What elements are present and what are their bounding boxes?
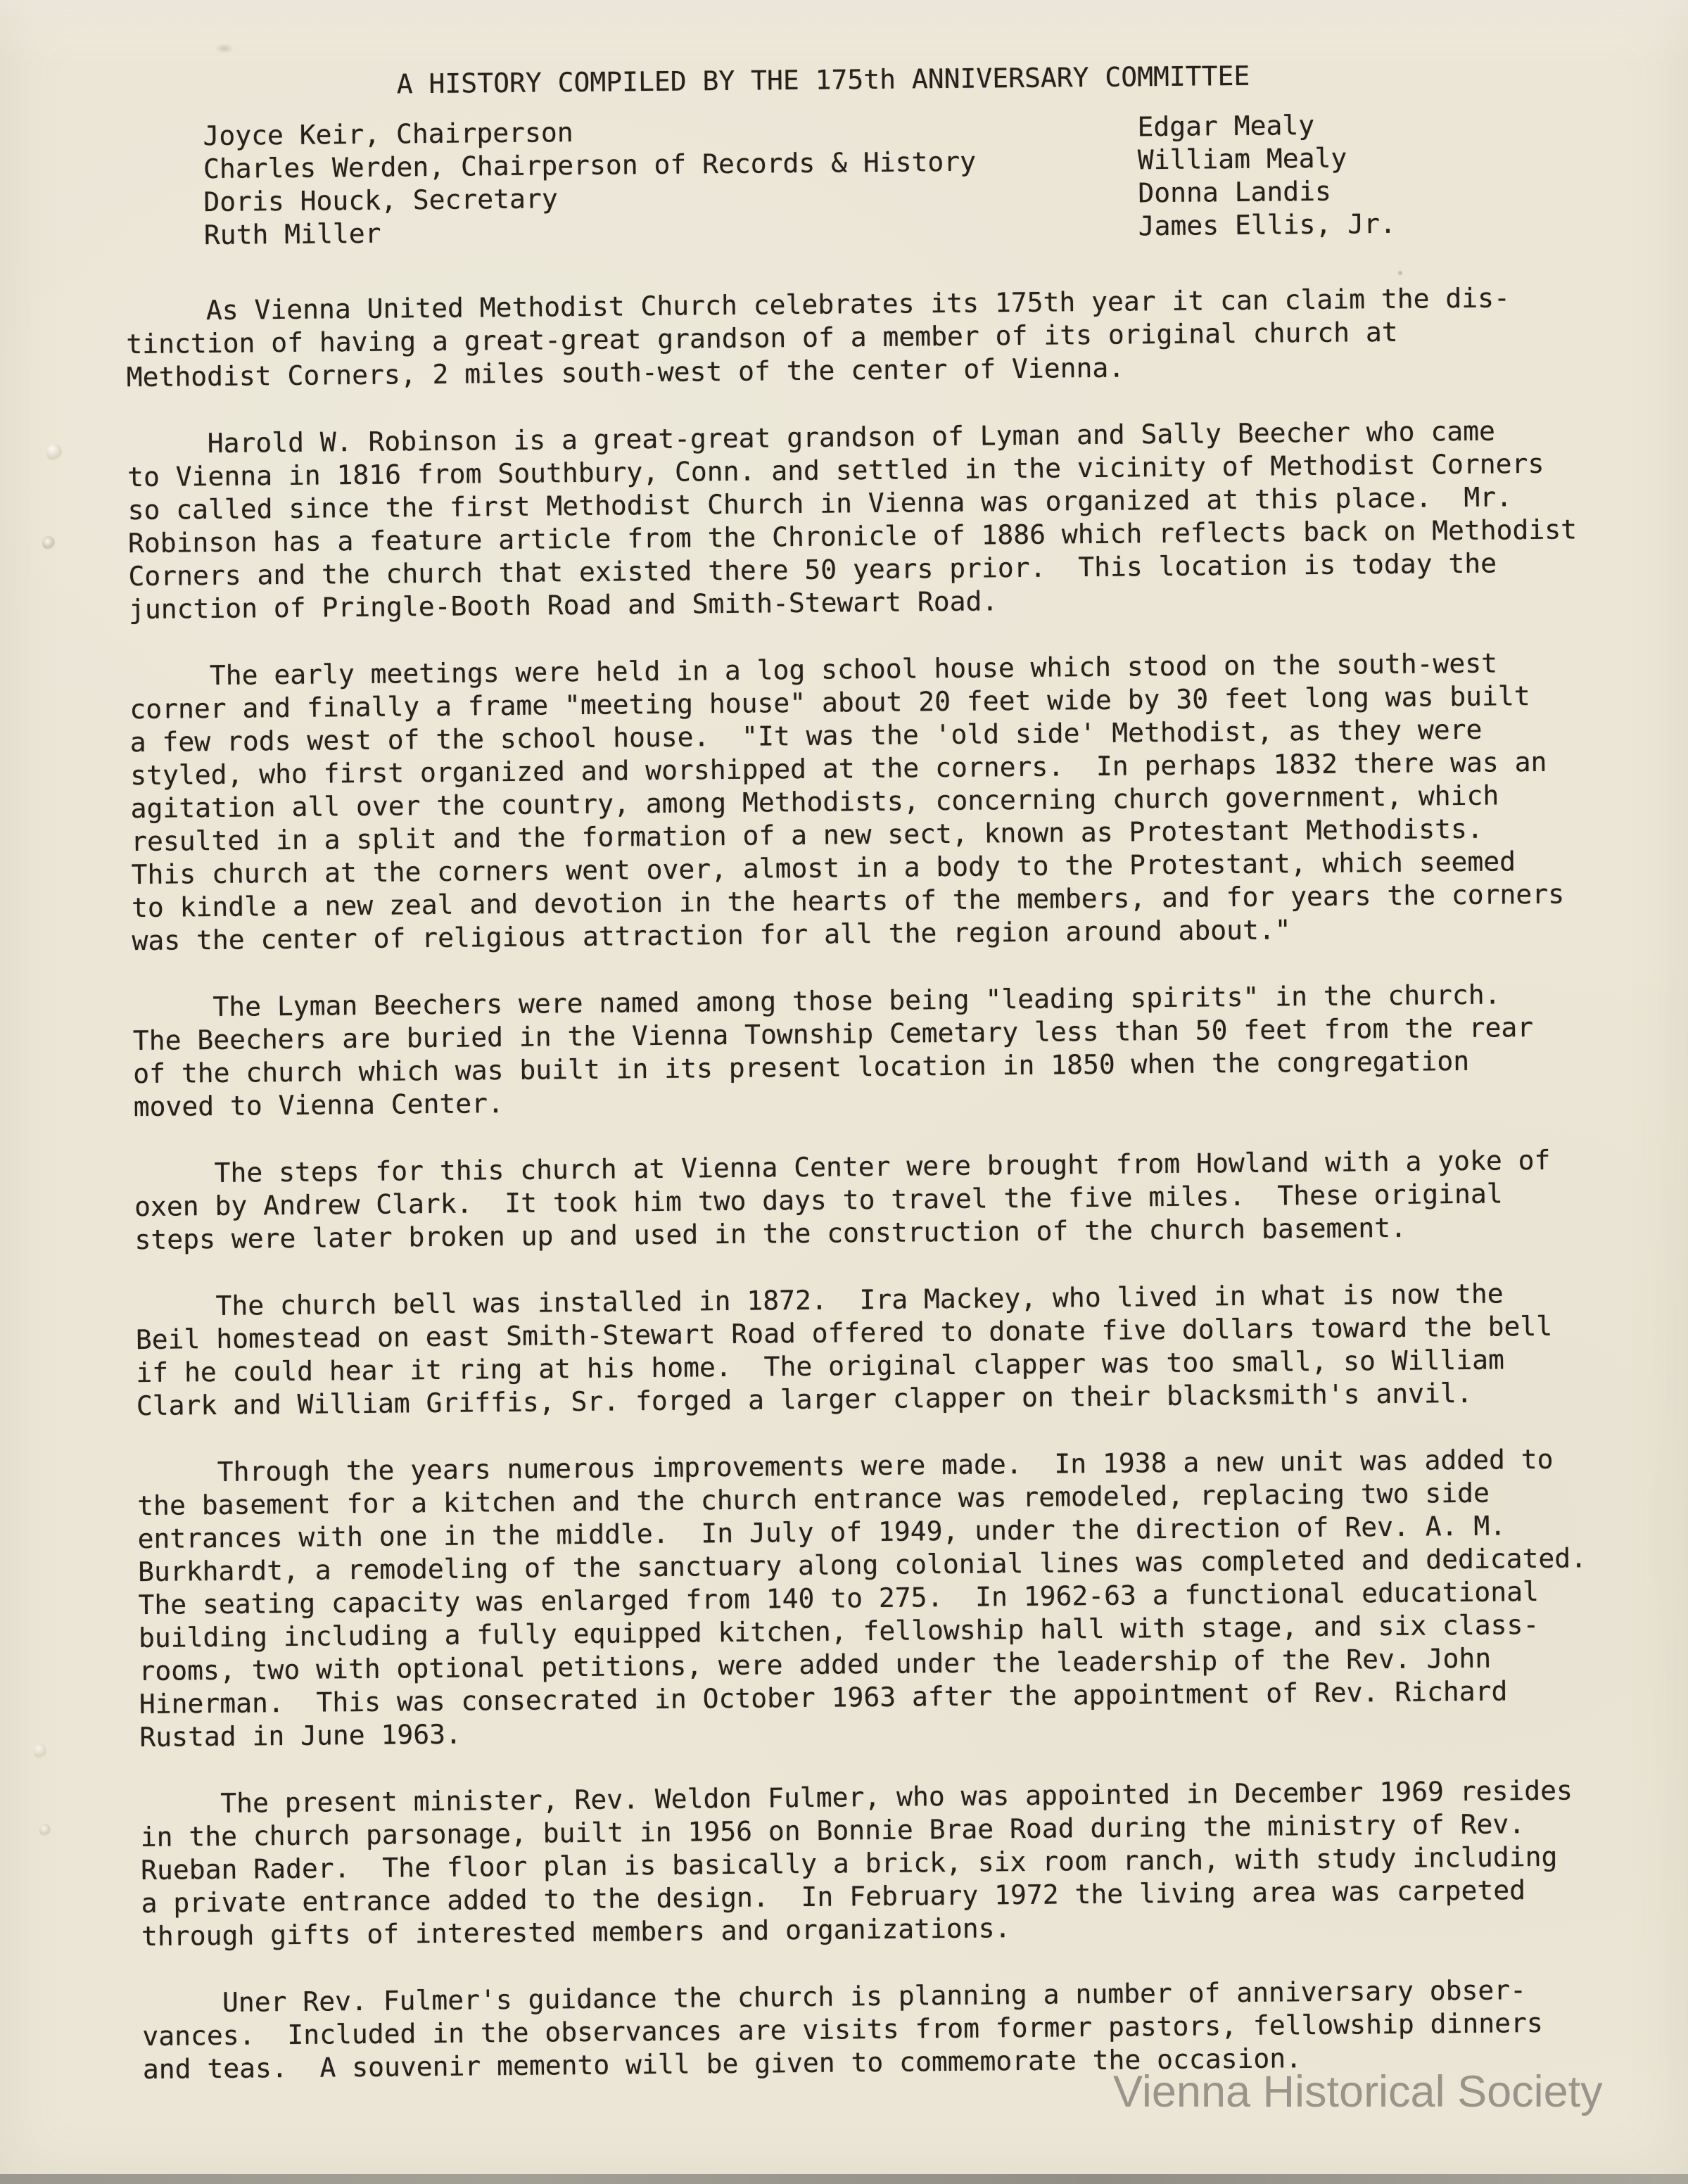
- paper-blemish: [42, 536, 55, 550]
- paper-speck: [215, 44, 234, 53]
- paper-blemish: [39, 1824, 51, 1836]
- watermark-text: Vienna Historical Society: [1113, 2067, 1603, 2116]
- committee-member: James Ellis, Jr.: [1138, 205, 1623, 243]
- paragraph-improvements: Through the years numerous improvements …: [137, 1442, 1638, 1754]
- committee-member: Edgar Mealy: [1137, 106, 1622, 144]
- paragraph-robinson: Harold W. Robinson is a great-great gran…: [127, 414, 1627, 626]
- scanned-document-page: { "document": { "title": "A HISTORY COMP…: [0, 0, 1688, 2184]
- scan-bottom-edge: [0, 2174, 1688, 2184]
- paper-speck: [1397, 270, 1403, 276]
- paper-blemish: [46, 443, 62, 462]
- committee-list: Joyce Keir, Chairperson Edgar Mealy Char…: [124, 106, 1623, 253]
- committee-member: William Mealy: [1138, 139, 1623, 177]
- paragraph-early-meetings: The early meetings were held in a log sc…: [129, 646, 1630, 958]
- paragraph-church-steps: The steps for this church at Vienna Cent…: [134, 1143, 1632, 1257]
- paragraph-intro: As Vienna United Methodist Church celebr…: [126, 281, 1625, 394]
- document-title: A HISTORY COMPILED BY THE 175th ANNIVERS…: [124, 56, 1622, 103]
- paragraph-church-bell: The church bell was installed in 1872. I…: [135, 1276, 1635, 1423]
- paragraph-lyman-beechers: The Lyman Beechers were named among thos…: [132, 977, 1632, 1124]
- committee-member: Donna Landis: [1138, 172, 1623, 210]
- paper-blemish: [34, 1744, 46, 1759]
- typewritten-content: A HISTORY COMPILED BY THE 175th ANNIVERS…: [0, 0, 1688, 2121]
- paragraph-present-minister: The present minister, Rev. Weldon Fulmer…: [140, 1774, 1639, 1953]
